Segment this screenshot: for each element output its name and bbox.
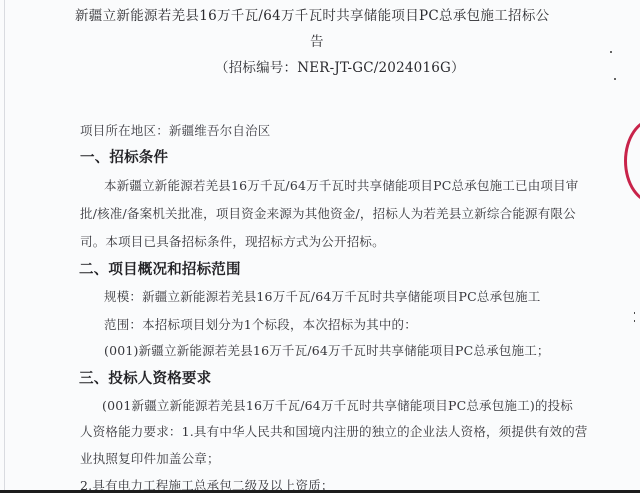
document-page: 新疆立新能源若羌县16万千瓦/64万千瓦时共享储能项目PC总承包施工招标公 告 … [0, 0, 640, 493]
paragraph-line: 规模：新疆立新能源若羌县16万千瓦/64万千瓦时共享储能项目PC总承包施工 [104, 289, 540, 305]
scan-speck [634, 320, 635, 322]
section-heading-project-overview: 二、项目概况和招标范围 [79, 262, 241, 278]
paragraph-line: 业执照复印件加盖公章； [80, 451, 220, 467]
paragraph-line: 司。本项目已具备招标条件，现招标方式为公开招标。 [80, 234, 385, 250]
section-heading-bidder-qualifications: 三、投标人资格要求 [79, 371, 211, 387]
paragraph-line: 批/核准/备案机关批准，项目资金来源为其他资金/，招标人为若羌县立新综合能源有限… [80, 206, 576, 222]
project-region: 项目所在地区：新疆维吾尔自治区 [80, 123, 271, 139]
paragraph-line: (001)新疆立新能源若羌县16万千瓦/64万千瓦时共享储能项目PC总承包施工； [104, 343, 550, 359]
paragraph-line: 人资格能力要求：1.具有中华人民共和国境内注册的独立的企业法人资格，须提供有效的… [80, 424, 588, 440]
section-heading-bidding-conditions: 一、招标条件 [80, 150, 168, 166]
page-edge-line [4, 0, 5, 493]
scan-speck [610, 51, 612, 53]
bid-number: （招标编号：NER-JT-GC/2024016G） [215, 60, 465, 76]
paragraph-line: (001新疆立新能源若羌县16万千瓦/64万千瓦时共享储能项目PC总承包施工)的… [102, 398, 573, 414]
paragraph-line: 范围：本招标项目划分为1个标段，本次招标为其中的： [104, 317, 417, 333]
red-seal-stamp [624, 118, 640, 204]
scan-speck [634, 312, 635, 314]
scan-speck [614, 78, 616, 80]
document-title: 新疆立新能源若羌县16万千瓦/64万千瓦时共享储能项目PC总承包施工招标公 [75, 8, 549, 24]
paragraph-line: 本新疆立新能源若羌县16万千瓦/64万千瓦时共享储能项目PC总承包施工已由项目审 [104, 178, 579, 194]
document-title-continued: 告 [310, 34, 324, 50]
